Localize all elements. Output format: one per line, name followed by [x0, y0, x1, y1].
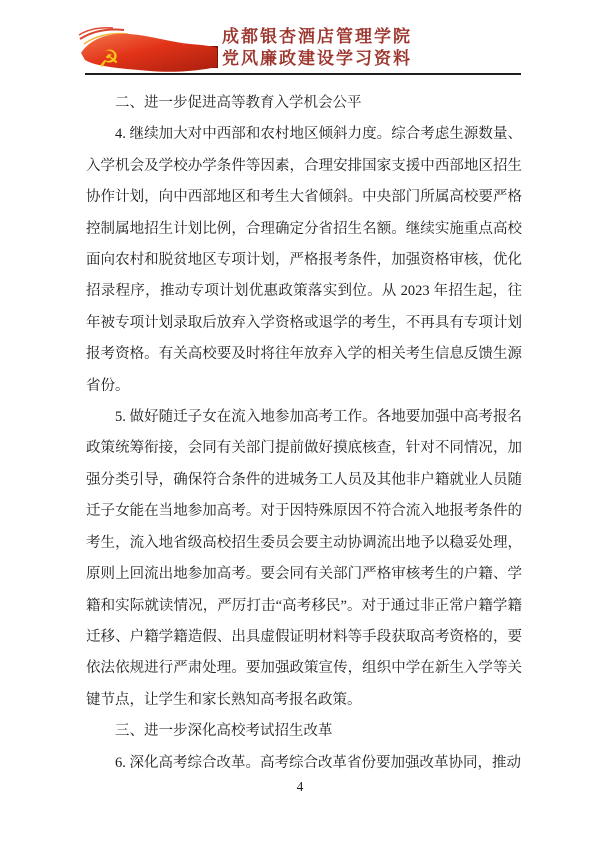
body-paragraph: 4. 继续加大对中西部和农村地区倾斜力度。综合考虑生源数量、入学机会及学校办学条…	[86, 119, 522, 402]
section-heading: 二、进一步促进高等教育入学机会公平	[86, 88, 522, 119]
header-titles: 成都银杏酒店管理学院 党风廉政建设学习资料	[222, 26, 452, 70]
document-body: 二、进一步促进高等教育入学机会公平 4. 继续加大对中西部和农村地区倾斜力度。综…	[86, 88, 522, 779]
section-heading: 三、进一步深化高校考试招生改革	[86, 716, 522, 747]
party-flag-logo: ☭	[78, 26, 218, 73]
body-paragraph: 6. 深化高考综合改革。高考综合改革省份要加强改革协同，推动	[86, 748, 522, 779]
body-paragraph: 5. 做好随迁子女在流入地参加高考工作。各地要加强中高考报名政策统筹衔接，会同有…	[86, 402, 522, 716]
header-divider	[85, 73, 521, 75]
header-title-subject: 党风廉政建设学习资料	[222, 48, 452, 70]
page-number: 4	[0, 779, 600, 795]
hammer-sickle-icon: ☭	[98, 45, 120, 73]
header-title-school: 成都银杏酒店管理学院	[222, 26, 452, 48]
document-page: ☭ 成都银杏酒店管理学院 党风廉政建设学习资料 二、进一步促进高等教育入学机会公…	[0, 0, 600, 848]
